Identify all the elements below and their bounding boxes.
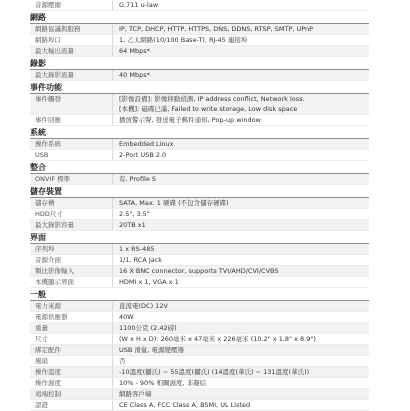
spec-label: 事件回應	[30, 115, 113, 125]
spec-label: 最大錄影容量	[30, 220, 113, 230]
spec-value: 播放警示聲, 發送電子郵件通知, Pop-up window	[113, 115, 369, 125]
spec-row: 尺寸(W x H x D): 260毫米 x 47毫米 x 226毫米 (10.…	[30, 334, 369, 345]
spec-label: 綁定配件	[30, 345, 113, 355]
spec-value-line: G.711 u-law	[119, 2, 363, 9]
spec-value: USB 滑鼠, 電源變壓器	[113, 345, 369, 355]
spec-row: 網路協議與服務IP, TCP, DHCP, HTTP, HTTPS, DNS, …	[30, 24, 369, 35]
spec-label: 電源供應器	[30, 312, 113, 322]
spec-label: 操作系統	[30, 139, 113, 149]
spec-row: 序列埠1 x RS-485	[30, 244, 369, 255]
spec-row: 最大錄影流量40 Mbps*	[30, 70, 369, 81]
spec-label: 最大錄影流量	[30, 70, 113, 80]
section-header: 事件功能	[30, 83, 369, 94]
spec-label: 序列埠	[30, 244, 113, 254]
spec-value-line: CE Class A, FCC Class A, BSMI, UL Listed	[119, 402, 363, 409]
spec-value-line: 20TB x1	[119, 222, 363, 229]
spec-value: 1 x RS-485	[113, 244, 369, 254]
spec-row: USB2-Port USB 2.0	[30, 150, 369, 161]
spec-row: 音源介面1/1, RCA Jack	[30, 255, 369, 266]
spec-value: 1100公克 (2.42磅)	[113, 323, 369, 333]
spec-row: HDD尺寸2.5", 3.5"	[30, 209, 369, 220]
spec-value-line: 否	[119, 358, 363, 365]
spec-label: 儲存槽	[30, 198, 113, 208]
spec-value: 40 Mbps*	[113, 70, 369, 80]
spec-label: 認證	[30, 400, 113, 410]
spec-value-line: 網路客戶端	[119, 391, 363, 398]
spec-label: 尺寸	[30, 334, 113, 344]
spec-value-line: Embedded Linux	[119, 141, 363, 148]
spec-value-line: IP, TCP, DHCP, HTTP, HTTPS, DNS, DDNS, R…	[119, 26, 363, 33]
spec-row: 重量1100公克 (2.42磅)	[30, 323, 369, 334]
spec-label: 重量	[30, 323, 113, 333]
spec-row: 風扇否	[30, 356, 369, 367]
section-header: 儲存裝置	[30, 187, 369, 198]
spec-value: [影像設備]: 影像移動偵測, IP address conflict, Net…	[113, 94, 369, 114]
spec-row: 操作溫度-10溫度(攝氏) ~ 55溫度(攝氏) (14溫度(華氏) ~ 131…	[30, 367, 369, 378]
spec-row: 操作系統Embedded Linux	[30, 139, 369, 150]
spec-value: -10溫度(攝氏) ~ 55溫度(攝氏) (14溫度(華氏) ~ 131溫度(華…	[113, 367, 369, 377]
spec-label: 網路埠口	[30, 35, 113, 45]
spec-row: 事件觸發[影像設備]: 影像移動偵測, IP address conflict,…	[30, 94, 369, 115]
spec-label: 類比影像輸入	[30, 266, 113, 276]
spec-value: 1/1, RCA Jack	[113, 255, 369, 265]
section-header: 整合	[30, 163, 369, 174]
spec-value: HDMI x 1, VGA x 1	[113, 277, 369, 287]
spec-value-line: -10溫度(攝氏) ~ 55溫度(攝氏) (14溫度(華氏) ~ 131溫度(華…	[119, 369, 363, 376]
section-header: 網路	[30, 13, 369, 24]
spec-row: 類比影像輸入16 X BNC connector, supports TVI/A…	[30, 266, 369, 277]
spec-value-line: USB 滑鼠, 電源變壓器	[119, 347, 363, 354]
spec-row: 事件回應播放警示聲, 發送電子郵件通知, Pop-up window	[30, 115, 369, 126]
spec-value-line: 直流電(DC) 12V	[119, 303, 363, 310]
spec-value-line: 40 Mbps*	[119, 72, 363, 79]
spec-value: SATA, Max. 1 硬碟 (不包含儲存硬碟)	[113, 198, 369, 208]
spec-value-line: 1 x RS-485	[119, 246, 363, 253]
spec-label: 遠端控制	[30, 389, 113, 399]
spec-row: 遠端控制網路客戶端	[30, 389, 369, 400]
section-header: 界面	[30, 233, 369, 244]
spec-row: 儲存槽SATA, Max. 1 硬碟 (不包含儲存硬碟)	[30, 198, 369, 209]
spec-value: 有, Profile S	[113, 174, 369, 184]
spec-row: 網路埠口1, 乙太網路(10/100 Base-T), RJ-45 連接埠	[30, 35, 369, 46]
spec-value: 直流電(DC) 12V	[113, 301, 369, 311]
spec-value: G.711 u-law	[113, 0, 369, 10]
spec-label: 操作溫度	[30, 367, 113, 377]
spec-label: 最大輸出流量	[30, 46, 113, 56]
spec-label: HDD尺寸	[30, 209, 113, 219]
spec-label: ONVIF 標準	[30, 174, 113, 184]
spec-label: USB	[30, 150, 113, 160]
spec-label: 音源壓縮	[30, 0, 113, 10]
spec-value-line: 有, Profile S	[119, 176, 363, 183]
spec-value-line: 64 Mbps*	[119, 48, 363, 55]
spec-value-line: [影像設備]: 影像移動偵測, IP address conflict, Net…	[119, 96, 363, 103]
spec-value-line: HDMI x 1, VGA x 1	[119, 279, 363, 286]
spec-value: 64 Mbps*	[113, 46, 369, 56]
spec-value: 10% - 90% 相關濕度, 非凝結	[113, 378, 369, 388]
spec-row: ONVIF 標準有, Profile S	[30, 174, 369, 185]
spec-row: 電源供應器40W	[30, 312, 369, 323]
spec-value: 網路客戶端	[113, 389, 369, 399]
spec-table: 音源壓縮G.711 u-law網路網路協議與服務IP, TCP, DHCP, H…	[30, 0, 369, 410]
spec-label: 操作濕度	[30, 378, 113, 388]
spec-label: 本機顯示界面	[30, 277, 113, 287]
spec-row: 最大輸出流量64 Mbps*	[30, 46, 369, 57]
spec-label: 事件觸發	[30, 94, 113, 114]
spec-value: 2-Port USB 2.0	[113, 150, 369, 160]
spec-row: 最大錄影容量20TB x1	[30, 220, 369, 231]
spec-value-line: SATA, Max. 1 硬碟 (不包含儲存硬碟)	[119, 200, 363, 207]
spec-value-line: 2.5", 3.5"	[119, 211, 363, 218]
spec-value: 20TB x1	[113, 220, 369, 230]
spec-value: 2.5", 3.5"	[113, 209, 369, 219]
spec-value-line: (W x H x D): 260毫米 x 47毫米 x 226毫米 (10.2"…	[119, 336, 363, 343]
section-header: 一般	[30, 290, 369, 301]
spec-value-line: 1, 乙太網路(10/100 Base-T), RJ-45 連接埠	[119, 37, 363, 44]
spec-value: Embedded Linux	[113, 139, 369, 149]
spec-row: 音源壓縮G.711 u-law	[30, 0, 369, 11]
spec-row: 認證CE Class A, FCC Class A, BSMI, UL List…	[30, 400, 369, 410]
spec-label: 風扇	[30, 356, 113, 366]
spec-value: IP, TCP, DHCP, HTTP, HTTPS, DNS, DDNS, R…	[113, 24, 369, 34]
spec-row: 電力來源直流電(DC) 12V	[30, 301, 369, 312]
spec-value: 否	[113, 356, 369, 366]
spec-value: 16 X BNC connector, supports TVI/AHD/CVI…	[113, 266, 369, 276]
spec-value: 1, 乙太網路(10/100 Base-T), RJ-45 連接埠	[113, 35, 369, 45]
spec-row: 操作濕度10% - 90% 相關濕度, 非凝結	[30, 378, 369, 389]
spec-label: 網路協議與服務	[30, 24, 113, 34]
spec-value: CE Class A, FCC Class A, BSMI, UL Listed	[113, 400, 369, 410]
spec-value-line: 1/1, RCA Jack	[119, 257, 363, 264]
section-header: 系統	[30, 128, 369, 139]
spec-value-line: 2-Port USB 2.0	[119, 152, 363, 159]
spec-label: 電力來源	[30, 301, 113, 311]
spec-value-line: [本機]: 磁碟已滿, Failed to write storage, Low…	[119, 106, 363, 113]
spec-value-line: 40W	[119, 314, 363, 321]
spec-value-line: 10% - 90% 相關濕度, 非凝結	[119, 380, 363, 387]
section-header: 錄影	[30, 59, 369, 70]
spec-row: 本機顯示界面HDMI x 1, VGA x 1	[30, 277, 369, 288]
spec-value: 40W	[113, 312, 369, 322]
spec-label: 音源介面	[30, 255, 113, 265]
spec-value-line: 16 X BNC connector, supports TVI/AHD/CVI…	[119, 268, 363, 275]
spec-value-line: 1100公克 (2.42磅)	[119, 325, 363, 332]
spec-row: 綁定配件USB 滑鼠, 電源變壓器	[30, 345, 369, 356]
spec-value-line: 播放警示聲, 發送電子郵件通知, Pop-up window	[119, 117, 363, 124]
spec-value: (W x H x D): 260毫米 x 47毫米 x 226毫米 (10.2"…	[113, 334, 369, 344]
